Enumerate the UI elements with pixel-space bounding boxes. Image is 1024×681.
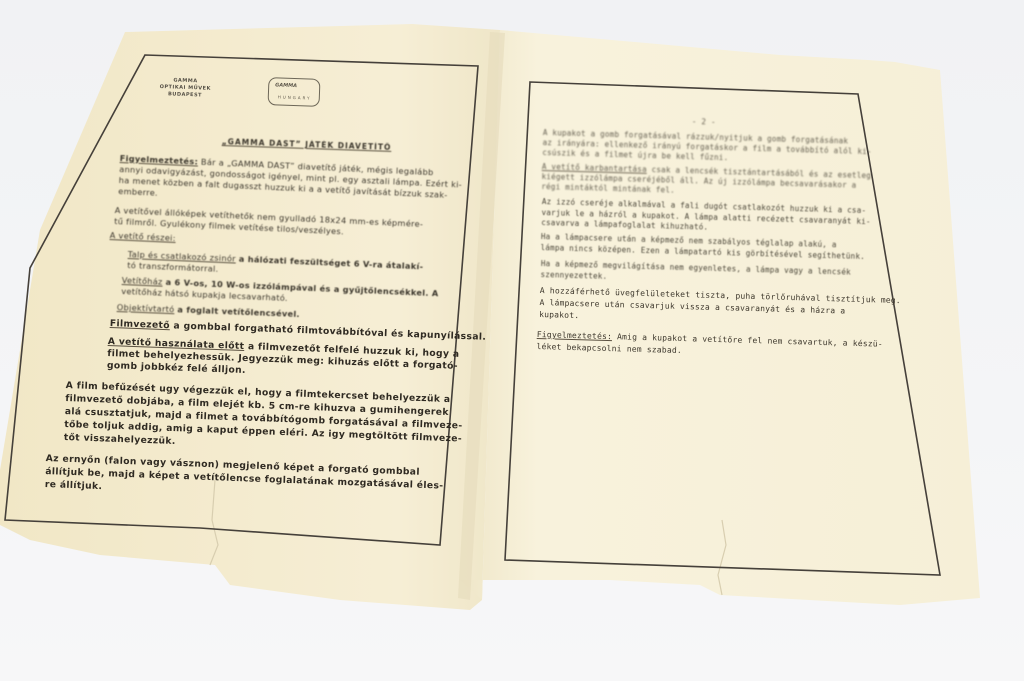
- warning-label: Figyelmeztetés:: [537, 330, 612, 341]
- publisher-block: GAMMA OPTIKAI MŰVEK BUDAPEST: [159, 77, 211, 100]
- gamma-logo: GAMMA HUNGARY: [268, 77, 321, 107]
- logo-text: GAMMA: [275, 82, 297, 89]
- page-number: - 2 -: [692, 117, 716, 127]
- logo-subtext: HUNGARY: [278, 94, 312, 100]
